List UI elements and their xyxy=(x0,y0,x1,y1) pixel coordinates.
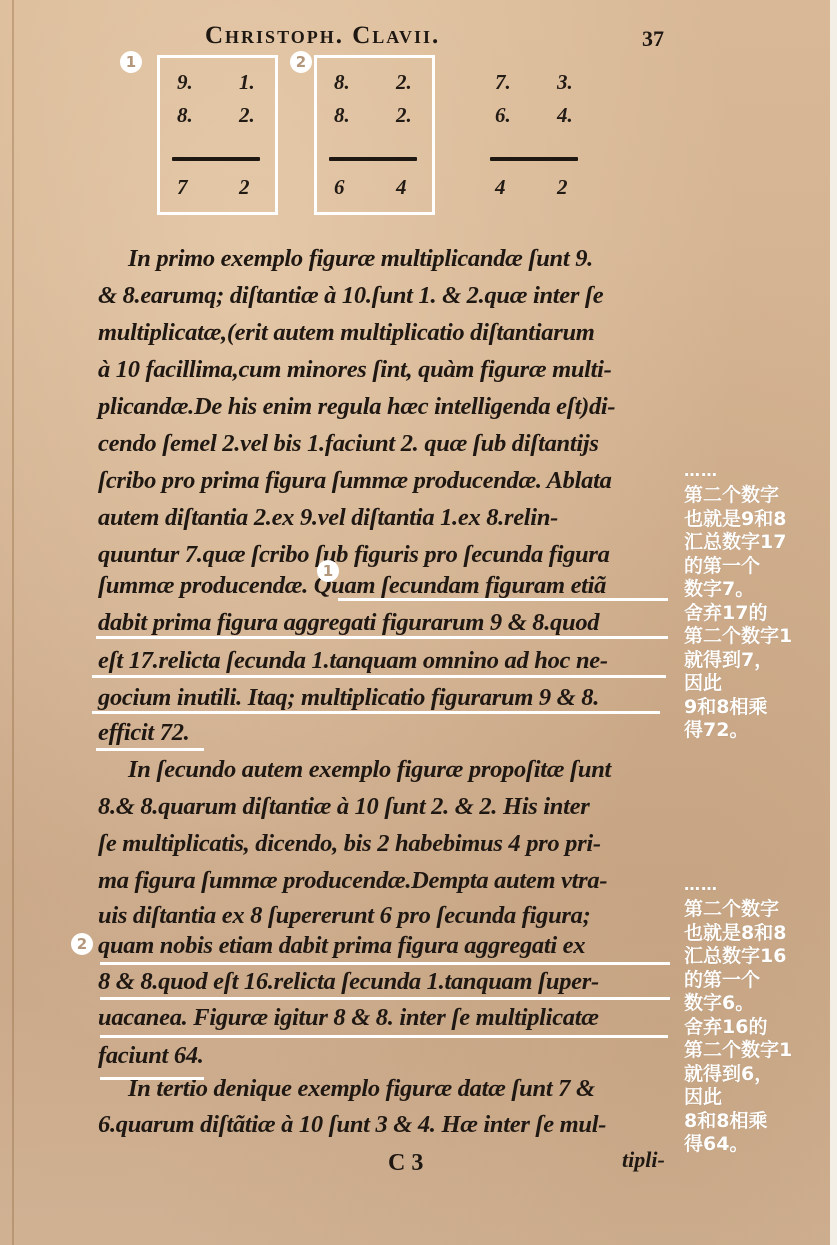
body-line: In tertio denique exemplo figuræ datæ ſu… xyxy=(128,1075,703,1103)
annotation-line: 因此 xyxy=(684,672,834,696)
annotation-example-2: …… 第二个数字 也就是8和8 汇总数字16 的第一个 数字6。 舍弃16的 第… xyxy=(684,876,834,1157)
highlight-underline-2 xyxy=(100,962,670,965)
annotation-line: 第二个数字1 xyxy=(684,625,834,649)
body-line: quam nobis etiam dabit prima figura aggr… xyxy=(98,932,673,960)
annotation-line: 也就是8和8 xyxy=(684,922,834,946)
body-line: quuntur 7.quæ ſcribo ſub figuris pro ſec… xyxy=(98,541,673,569)
highlight-underline-2 xyxy=(100,997,670,1000)
example-3-sum-rule xyxy=(490,157,578,161)
marker-1-badge: 1 xyxy=(120,51,142,73)
marker-1-text-badge: 1 xyxy=(317,560,339,582)
example-3-result-tens: 4 xyxy=(495,175,506,200)
example-3-result-units: 2 xyxy=(557,175,568,200)
highlight-underline-2 xyxy=(100,1035,668,1038)
body-line: ma figura ſummæ producendæ.Dempta autem … xyxy=(98,867,673,895)
body-line: autem diſtantia 2.ex 9.vel diſtantia 1.e… xyxy=(98,504,673,532)
annotation-line: 舍弃17的 xyxy=(684,602,834,626)
body-line: gocium inutili. Itaq; multiplicatio figu… xyxy=(98,684,673,712)
body-line: 6.quarum diſtãtiæ à 10 ſunt 3 & 4. Hæ in… xyxy=(98,1111,673,1139)
annotation-line: 得72。 xyxy=(684,719,834,743)
body-line: ſummæ producendæ. Quam ſecundam figuram … xyxy=(98,572,673,600)
annotation-line: 9和8相乘 xyxy=(684,696,834,720)
example-1-highlight-box xyxy=(157,55,278,215)
example-3-row-1-distance: 3. xyxy=(557,70,573,95)
body-line: efficit 72. xyxy=(98,719,673,747)
example-3-row-2-distance: 4. xyxy=(557,103,573,128)
annotation-line: 舍弃16的 xyxy=(684,1016,834,1040)
page-margin-strip xyxy=(830,0,837,1245)
annotation-line: 得64。 xyxy=(684,1133,834,1157)
catchword: tipli- xyxy=(622,1147,665,1173)
annotation-line: 的第一个 xyxy=(684,969,834,993)
body-line: & 8.earumq; diſtantiæ à 10.ſunt 1. & 2.q… xyxy=(98,282,673,310)
page-number: 37 xyxy=(642,26,664,52)
body-line: 8 & 8.quod eſt 16.relicta ſecunda 1.tanq… xyxy=(98,968,673,996)
example-3-row-1-figure: 7. xyxy=(495,70,511,95)
highlight-underline-1 xyxy=(92,675,666,678)
marker-2-badge: 2 xyxy=(290,51,312,73)
annotation-line: 就得到7， xyxy=(684,649,834,673)
body-line: multiplicatæ,(erit autem multiplicatio d… xyxy=(98,319,673,347)
annotation-line: 因此 xyxy=(684,1086,834,1110)
body-line: cendo ſemel 2.vel bis 1.faciunt 2. quæ ſ… xyxy=(98,430,673,458)
annotation-line: 第二个数字 xyxy=(684,484,834,508)
body-line: dabit prima figura aggregati figurarum 9… xyxy=(98,609,673,637)
page-signature: C 3 xyxy=(388,1150,423,1177)
annotation-example-1: …… 第二个数字 也就是9和8 汇总数字17 的第一个 数字7。 舍弃17的 第… xyxy=(684,462,834,743)
annotation-line: 数字7。 xyxy=(684,578,834,602)
body-line: à 10 facillima,cum minores ſint, quàm fi… xyxy=(98,356,673,384)
body-line: plicandæ.De his enim regula hæc intellig… xyxy=(98,393,673,421)
body-line: faciunt 64. xyxy=(98,1042,673,1070)
book-page: Christoph. Clavii. 37 9. 1. 8. 2. 7 2 8.… xyxy=(0,0,830,1245)
body-line: uacanea. Figuræ igitur 8 & 8. inter ſe m… xyxy=(98,1004,673,1032)
body-line: In ſecundo autem exemplo figuræ propoſit… xyxy=(128,756,703,784)
body-line: ſcribo pro prima figura ſummæ producendæ… xyxy=(98,467,673,495)
annotation-line: 的第一个 xyxy=(684,555,834,579)
body-line: ſe multiplicatis, dicendo, bis 2 habebim… xyxy=(98,830,673,858)
highlight-underline-1 xyxy=(92,711,660,714)
body-line: eſt 17.relicta ſecunda 1.tanquam omnino … xyxy=(98,647,673,675)
body-line: uis diſtantia ex 8 ſupererunt 6 pro ſecu… xyxy=(98,902,673,930)
running-head: Christoph. Clavii. xyxy=(205,22,440,50)
annotation-ellipsis: …… xyxy=(684,462,834,480)
annotation-line: 汇总数字17 xyxy=(684,531,834,555)
marker-2-text-badge: 2 xyxy=(71,933,93,955)
page-gutter xyxy=(12,0,14,1245)
highlight-underline-1 xyxy=(96,748,204,751)
body-line: In primo exemplo figuræ multiplicandæ ſu… xyxy=(128,245,703,273)
body-line: 8.& 8.quarum diſtantiæ à 10 ſunt 2. & 2.… xyxy=(98,793,673,821)
annotation-line: 8和8相乘 xyxy=(684,1110,834,1134)
example-2-highlight-box xyxy=(314,55,435,215)
annotation-line: 就得到6， xyxy=(684,1063,834,1087)
annotation-line: 第二个数字1 xyxy=(684,1039,834,1063)
annotation-line: 第二个数字 xyxy=(684,898,834,922)
annotation-line: 汇总数字16 xyxy=(684,945,834,969)
example-3-row-2-figure: 6. xyxy=(495,103,511,128)
highlight-underline-1 xyxy=(96,636,668,639)
highlight-underline-1 xyxy=(338,598,668,601)
annotation-ellipsis: …… xyxy=(684,876,834,894)
highlight-underline-2 xyxy=(100,1077,204,1080)
example-3-calculation: 7. 3. 6. 4. 4 2 xyxy=(475,70,595,210)
annotation-line: 数字6。 xyxy=(684,992,834,1016)
annotation-line: 也就是9和8 xyxy=(684,508,834,532)
